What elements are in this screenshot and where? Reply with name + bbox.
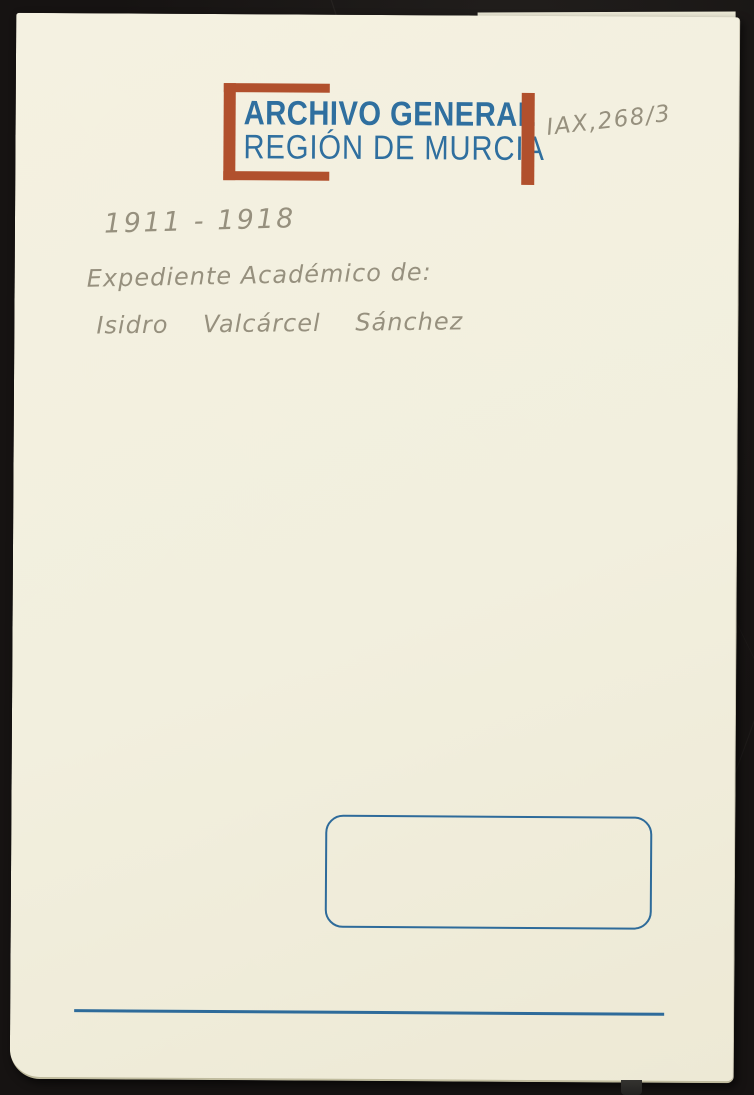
photo-background: ARCHIVO GENERAL REGIÓN DE MURCIA IAX,268… — [0, 0, 754, 1095]
logo-bracket-right-icon — [521, 93, 535, 185]
handwritten-name: Isidro Valcárcel Sánchez — [96, 307, 463, 339]
handwritten-date-range: 1911 - 1918 — [104, 203, 297, 240]
footer-rule — [74, 1009, 664, 1015]
signature-box — [325, 815, 653, 930]
folder-cover: ARCHIVO GENERAL REGIÓN DE MURCIA IAX,268… — [10, 13, 740, 1083]
handwritten-title: Expediente Académico de: — [86, 258, 432, 293]
logo-title-line2: REGIÓN DE MURCIA — [243, 131, 545, 166]
logo-text: ARCHIVO GENERAL REGIÓN DE MURCIA — [243, 96, 545, 166]
handwritten-reference-code: IAX,268/3 — [545, 101, 673, 141]
background-object — [621, 1080, 642, 1095]
